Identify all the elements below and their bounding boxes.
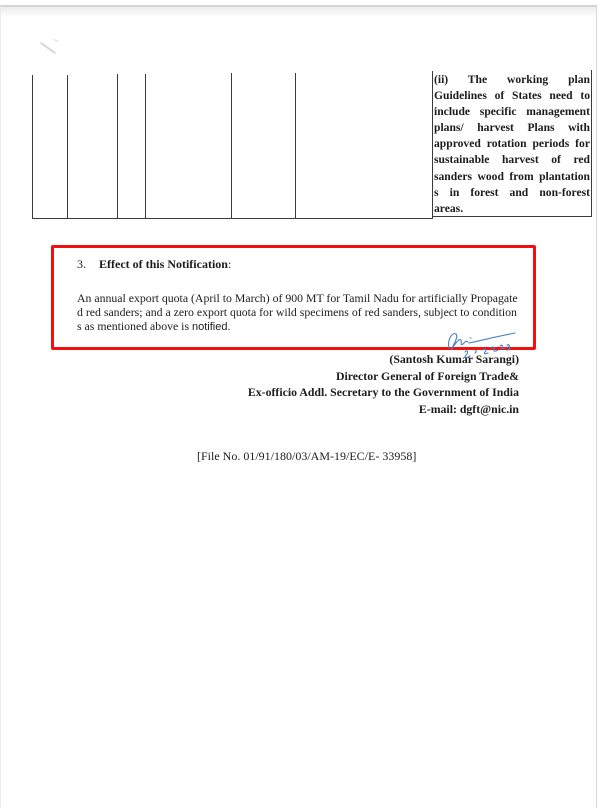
table-column-rule bbox=[117, 74, 118, 219]
table-column-rule bbox=[231, 73, 232, 218]
table-bottom-rule bbox=[33, 218, 433, 219]
body-line: d red sanders; and a zero export quota f… bbox=[77, 305, 533, 319]
body-keyword-notified: notified bbox=[192, 321, 227, 333]
body-text: s as mentioned above is bbox=[77, 319, 192, 333]
signatory-name: (Santosh Kumar Sarangi) bbox=[248, 351, 519, 368]
cell-line: sanders wood from plantation bbox=[434, 169, 590, 185]
cell-line: approved rotation periods for bbox=[434, 136, 590, 152]
body-period: . bbox=[227, 321, 230, 333]
cell-line: areas. bbox=[434, 201, 590, 217]
cell-line: include specific management bbox=[434, 104, 590, 120]
cell-line: s in forest and non-forest bbox=[434, 185, 590, 201]
section-heading: 3.Effect of this Notification: bbox=[77, 257, 231, 272]
table-column-rule bbox=[32, 75, 33, 219]
scan-shadow bbox=[1, 7, 596, 17]
scan-artifact bbox=[40, 42, 56, 54]
file-reference: [File No. 01/91/180/03/AM-19/EC/E- 33958… bbox=[197, 449, 416, 464]
table-column-rule bbox=[67, 75, 68, 219]
cell-line: sustainable harvest of red bbox=[434, 152, 590, 168]
table-column-rule bbox=[145, 74, 146, 219]
signatory-block: (Santosh Kumar Sarangi) Director General… bbox=[248, 351, 519, 417]
cell-line: (ii) The working plan bbox=[434, 72, 590, 88]
signatory-designation: Director General of Foreign Trade& bbox=[248, 368, 519, 385]
section-number: 3. bbox=[77, 257, 99, 272]
table-column-rule bbox=[432, 71, 433, 218]
table-column-rule bbox=[591, 70, 592, 217]
cell-line: plans/ harvest Plans with bbox=[434, 120, 590, 136]
table-column-rule bbox=[295, 73, 296, 218]
scan-artifact bbox=[53, 39, 59, 42]
signatory-designation: Ex-officio Addl. Secretary to the Govern… bbox=[248, 384, 519, 401]
cell-line: Guidelines of States need to bbox=[434, 88, 590, 104]
table-cell-guidelines: (ii) The working plan Guidelines of Stat… bbox=[434, 72, 590, 217]
signatory-email: E-mail: dgft@nic.in bbox=[248, 401, 519, 418]
section-title-colon: : bbox=[228, 257, 231, 271]
body-line: An annual export quota (April to March) … bbox=[77, 291, 533, 305]
section-title: Effect of this Notification bbox=[99, 257, 228, 271]
